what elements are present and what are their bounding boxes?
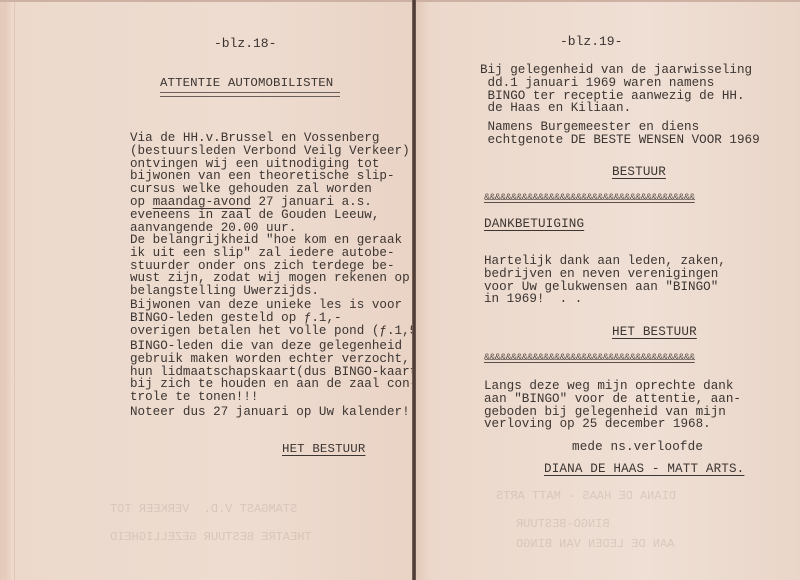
show-through-text: STAMGAST V.D. VERKEER TOT (110, 502, 297, 516)
paragraph-dank: Hartelijk dank aan leden, zaken, bedrijv… (484, 255, 726, 306)
closing-names: DIANA DE HAAS - MATT ARTS. (544, 463, 744, 476)
paragraph-bingo-leden: BINGO-leden die van deze gelegenheid geb… (130, 340, 425, 404)
page-number: -blz.19- (560, 34, 622, 49)
text-line: eveneens in zaal de Gouden Leeuw, (130, 209, 410, 222)
text-line: aan "BINGO" voor de attentie, aan- (484, 393, 741, 406)
text-line: Namens Burgemeester en diens (480, 121, 760, 134)
paragraph-slipcursus: Via de HH.v.Brussel en Vossenberg (bestu… (130, 132, 410, 234)
text-line: verloving op 25 december 1968. (484, 418, 741, 431)
right-page: DIANA DE HAAS - MATT ARTS BINGO-BESTUUR … (416, 0, 800, 580)
closing-line: mede ns.verloofde (572, 441, 703, 454)
text-line: Bij gelegenheid van de jaarwisseling (480, 64, 752, 77)
section-heading: ATTENTIE AUTOMOBILISTEN (160, 77, 333, 90)
text-line: overigen betalen het volle pond (ƒ.1,50) (130, 325, 432, 338)
paragraph-verloving: Langs deze weg mijn oprechte dank aan "B… (484, 380, 741, 431)
paragraph-les-kosten: Bijwonen van deze unieke les is voor BIN… (130, 299, 432, 337)
ampersand-divider: &&&&&&&&&&&&&&&&&&&&&&&&&&&&&&&&&&&&&&& (484, 193, 724, 204)
text-line: dd.1 januari 1969 waren namens (480, 77, 752, 90)
text-line: Noteer dus 27 januari op Uw kalender! (130, 406, 410, 419)
text-line: belangstelling Uwerzijds. (130, 285, 410, 298)
show-through-text: DIANA DE HAAS - MATT ARTS (496, 489, 676, 503)
show-through-text: THEATRE BESTUUR GEZELLIGHEID (110, 530, 312, 544)
text-line: Via de HH.v.Brussel en Vossenberg (130, 132, 410, 145)
signature-het-bestuur: HET BESTUUR (612, 326, 697, 339)
text-line: Hartelijk dank aan leden, zaken, (484, 255, 726, 268)
ampersand-divider: &&&&&&&&&&&&&&&&&&&&&&&&&&&&&&&&&&&&&&& (484, 353, 724, 364)
text-line: ik uit een slip" zal iedere autobe- (130, 247, 410, 260)
paragraph-jaarwisseling: Bij gelegenheid van de jaarwisseling dd.… (480, 64, 752, 115)
text-line: (bestuursleden Verbond Veilg Verkeer) (130, 145, 410, 158)
show-through-text: AAN DE LEDEN VAN BINGO (516, 537, 674, 551)
text-line: Bijwonen van deze unieke les is voor (130, 299, 432, 312)
double-underline (160, 92, 340, 97)
text-line: op maandag-avond 27 januari a.s. (130, 196, 410, 209)
text-line: bedrijven en neven verenigingen (484, 268, 726, 281)
text-line: echtgenote DE BESTE WENSEN VOOR 1969 (480, 134, 760, 147)
text-line: trole te tonen!!! (130, 391, 425, 404)
text-line: gebruik maken worden echter verzocht, (130, 353, 425, 366)
text-line: de Haas en Kiliaan. (480, 102, 752, 115)
text-line: BINGO-leden gesteld op ƒ.1,- (130, 312, 432, 325)
paragraph-burgemeester: Namens Burgemeester en diens echtgenote … (480, 121, 760, 147)
paragraph-noteer: Noteer dus 27 januari op Uw kalender! (130, 406, 410, 419)
signature-het-bestuur: HET BESTUUR (282, 443, 365, 456)
scanned-booklet-spread: THEATRE BESTUUR GEZELLIGHEID STAMGAST V.… (0, 0, 800, 580)
signature-bestuur: BESTUUR (612, 166, 666, 179)
text-line: De belangrijkheid "hoe kom en geraak (130, 234, 410, 247)
text-line: in 1969! . . (484, 293, 726, 306)
page-number: -blz.18- (214, 36, 276, 51)
left-page: THEATRE BESTUUR GEZELLIGHEID STAMGAST V.… (0, 0, 414, 580)
underlined-phrase: maandag-avond (153, 195, 251, 209)
section-heading-dankbetuiging: DANKBETUIGING (484, 218, 584, 231)
text-line: BINGO-leden die van deze gelegenheid (130, 340, 425, 353)
page-edge (4, 2, 15, 580)
paragraph-belangrijkheid: De belangrijkheid "hoe kom en geraak ik … (130, 234, 410, 298)
text-line: Langs deze weg mijn oprechte dank (484, 380, 741, 393)
show-through-text: BINGO-BESTUUR (516, 517, 610, 531)
